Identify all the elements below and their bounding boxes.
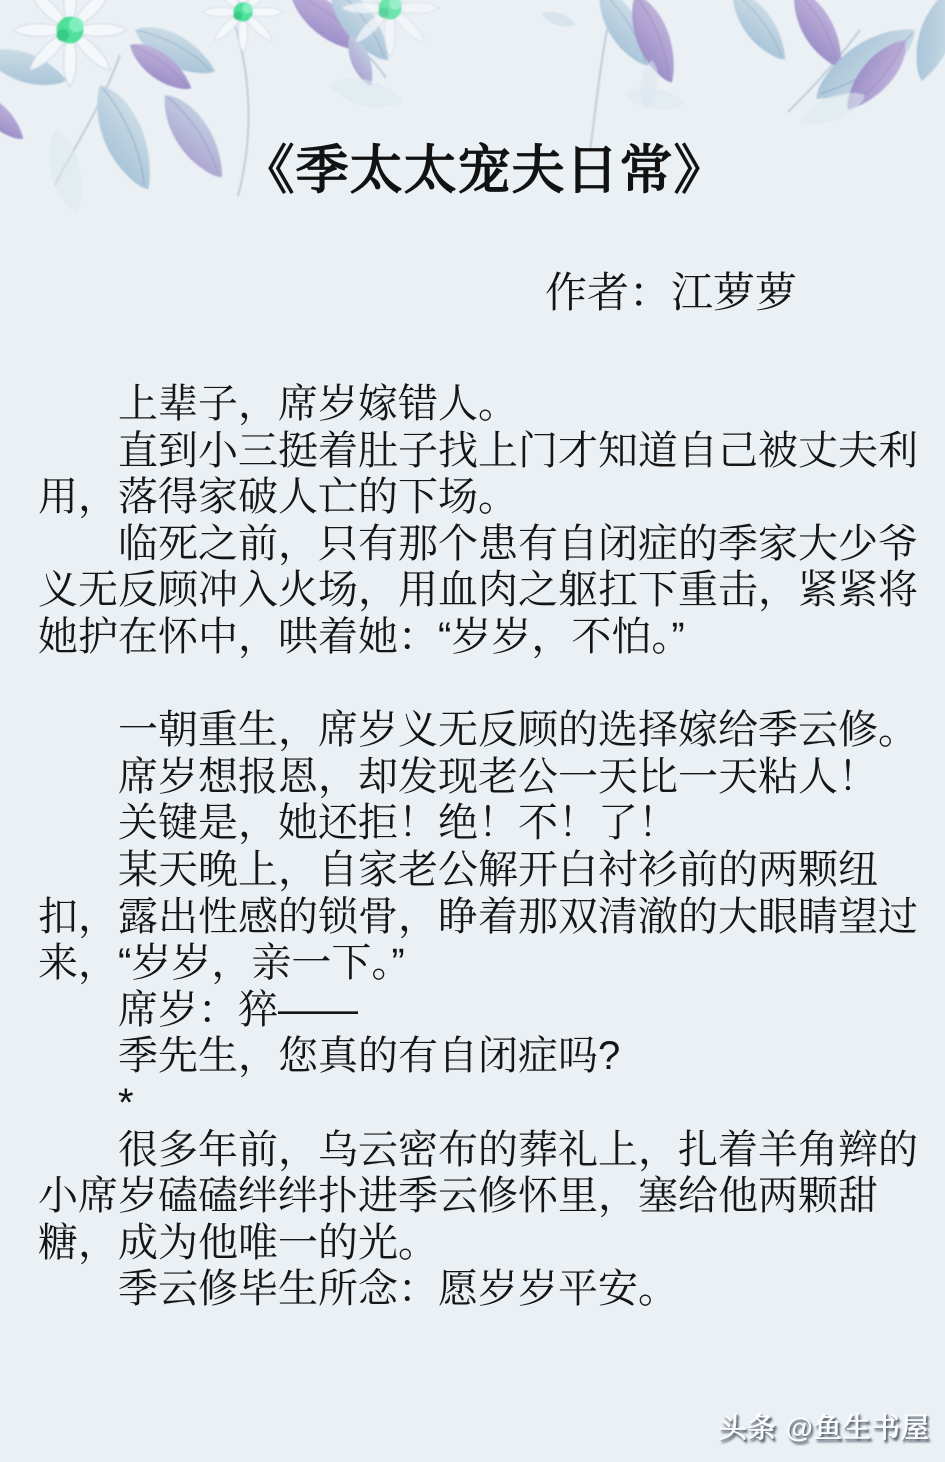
watermark: 头条 @鱼生书屋	[719, 1406, 930, 1446]
page-title: 《季太太宠夫日常》	[12, 128, 945, 204]
text-line: 某天晚上，自家老公解开白衬衫前的两颗纽	[38, 847, 921, 894]
text-line: 席岁想报恩，却发现老公一天比一天粘人！	[38, 754, 921, 801]
author-line: 作者：江萝萝	[545, 260, 797, 320]
text-line: 临死之前，只有那个患有自闭症的季家大少爷	[38, 521, 921, 568]
text-line: 直到小三挺着肚子找上门才知道自己被丈夫利	[38, 428, 921, 475]
text-line	[38, 661, 921, 708]
text-line: *	[38, 1080, 921, 1127]
flower-icon	[341, 0, 438, 57]
text-line: 小席岁磕磕绊绊扑进季云修怀里，塞给他两颗甜	[38, 1173, 921, 1220]
text-line: 上辈子，席岁嫁错人。	[38, 381, 921, 428]
text-line: 一朝重生，席岁义无反顾的选择嫁给季云修。	[38, 707, 921, 754]
text-line: 她护在怀中，哄着她：“岁岁，不怕。”	[38, 614, 921, 661]
text-line: 义无反顾冲入火场，用血肉之躯扛下重击，紧紧将	[38, 567, 921, 614]
flower-icon	[13, 0, 126, 87]
text-line: 关键是，她还拒！绝！不！了！	[38, 800, 921, 847]
body-text: 上辈子，席岁嫁错人。 直到小三挺着肚子找上门才知道自己被丈夫利用，落得家破人亡的…	[38, 381, 921, 1313]
text-line: 来，“岁岁，亲一下。”	[38, 940, 921, 987]
text-line: 糖，成为他唯一的光。	[38, 1220, 921, 1267]
text-line: 季先生，您真的有自闭症吗?	[38, 1033, 921, 1080]
text-line: 用，落得家破人亡的下场。	[38, 474, 921, 521]
text-line: 很多年前，乌云密布的葬礼上，扎着羊角辫的	[38, 1127, 921, 1174]
novel-intro-card: 《季太太宠夫日常》 作者：江萝萝 上辈子，席岁嫁错人。 直到小三挺着肚子找上门才…	[0, 0, 945, 1462]
text-line: 席岁：猝——	[38, 987, 921, 1034]
text-line: 扣，露出性感的锁骨，睁着那双清澈的大眼睛望过	[38, 894, 921, 941]
flower-icon	[203, 0, 284, 53]
text-line: 季云修毕生所念：愿岁岁平安。	[38, 1266, 921, 1313]
